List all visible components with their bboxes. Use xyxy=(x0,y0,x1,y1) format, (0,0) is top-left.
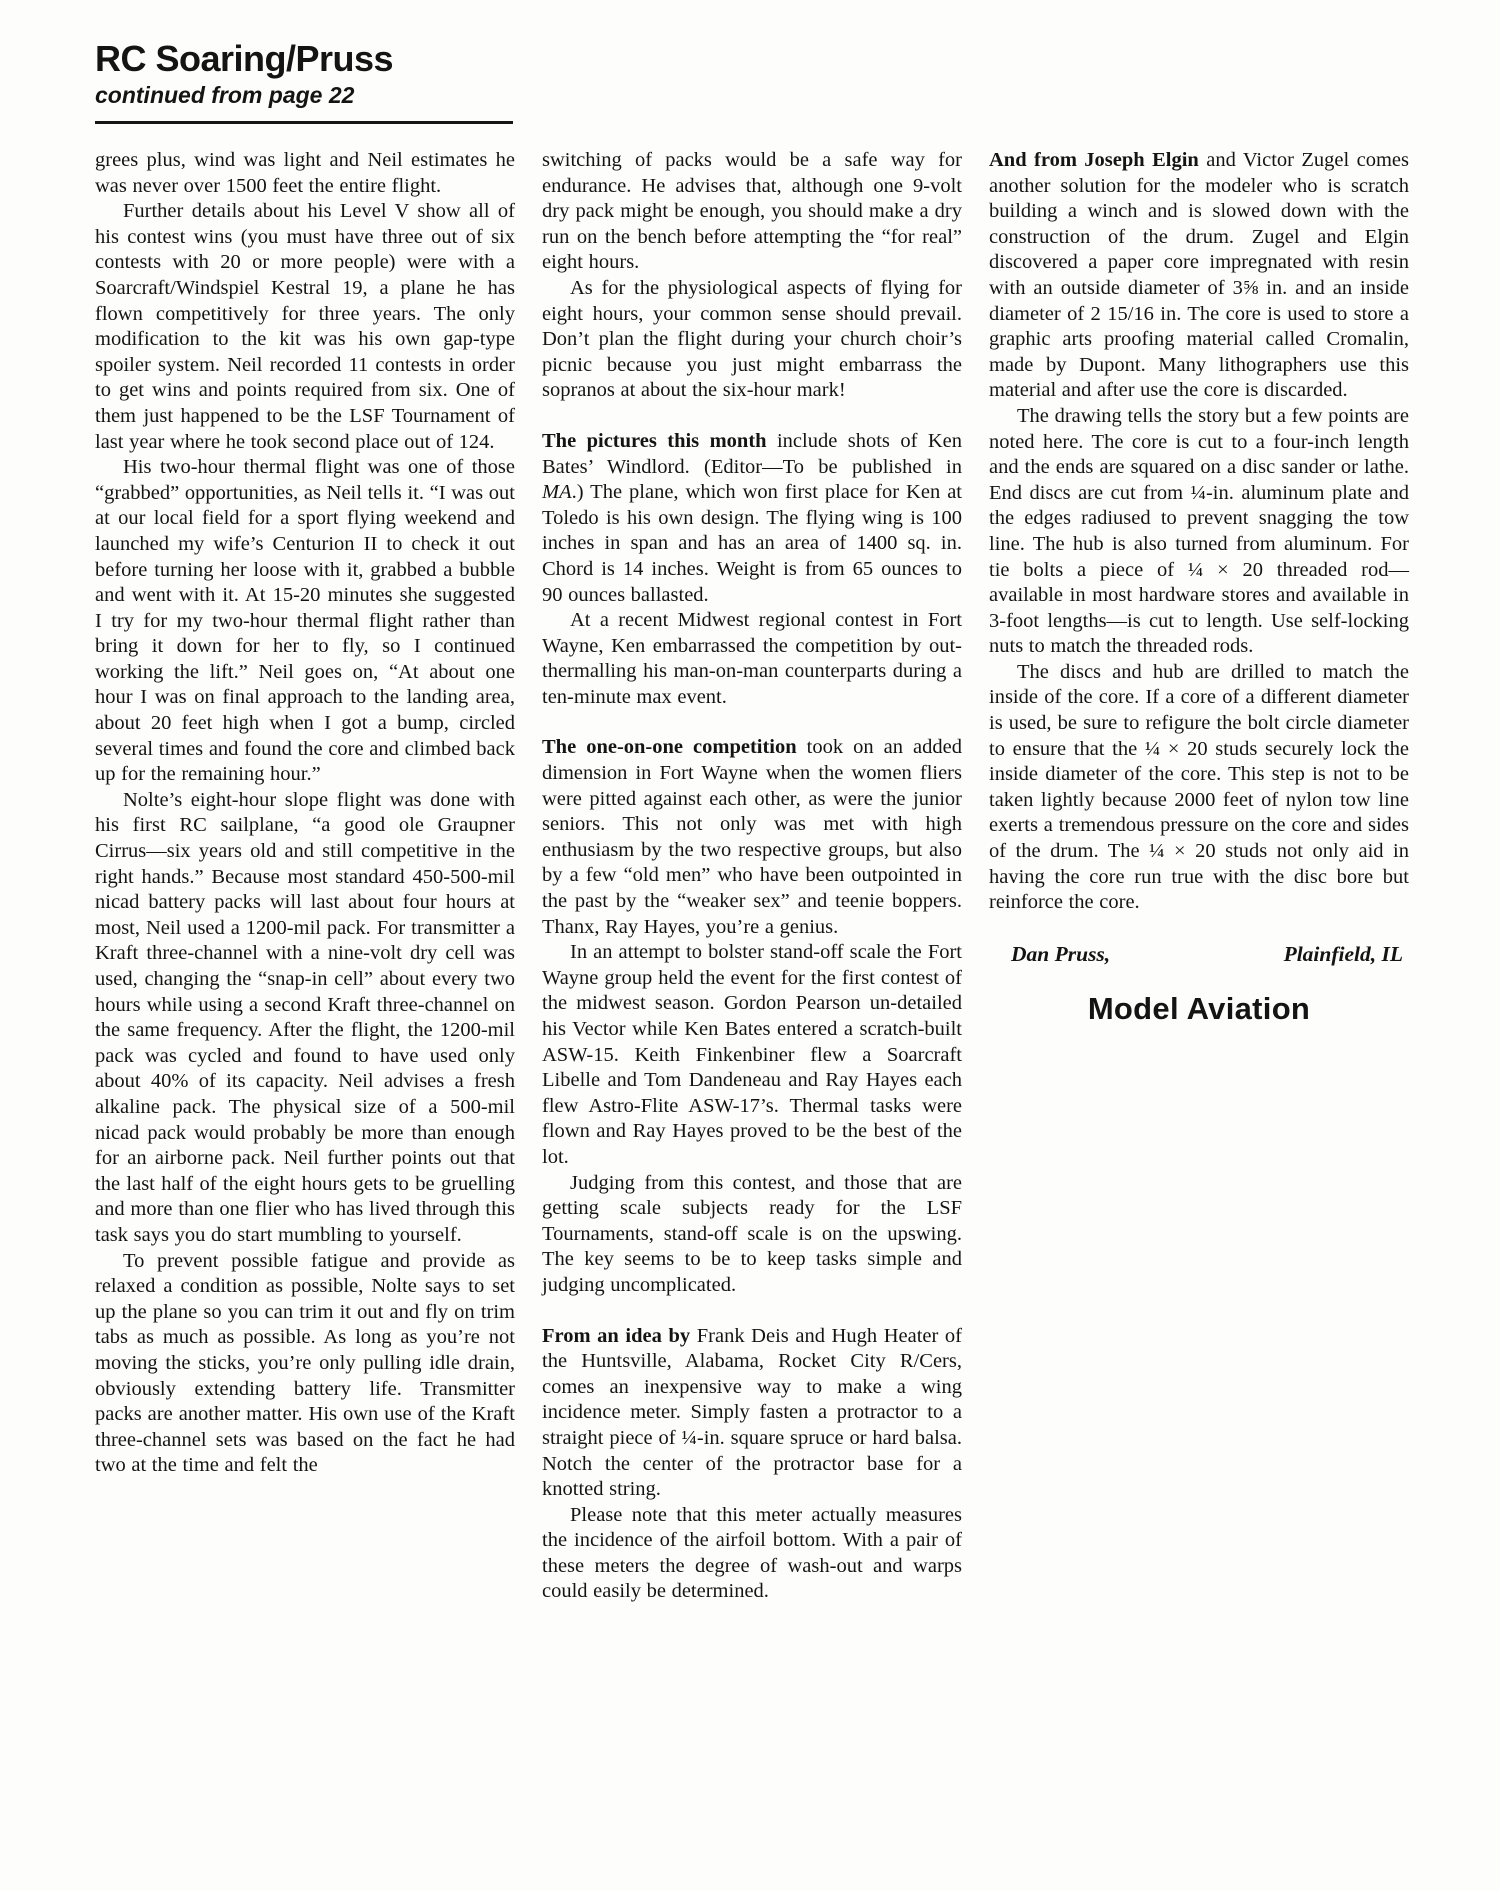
text-run: grees plus, wind was light and Neil esti… xyxy=(95,149,515,197)
text-run: switching of packs would be a safe way f… xyxy=(542,149,962,273)
text-run: The one-on-one competition xyxy=(542,736,797,758)
article-column-2: switching of packs would be a safe way f… xyxy=(542,148,962,1605)
text-run: The discs and hub are drilled to match t… xyxy=(989,661,1409,913)
continued-note: continued from page 22 xyxy=(95,82,515,109)
paragraph: From an idea by Frank Deis and Hugh Heat… xyxy=(542,1324,962,1503)
paragraph: And from Joseph Elgin and Victor Zugel c… xyxy=(989,148,1409,404)
article-column-1: grees plus, wind was light and Neil esti… xyxy=(95,148,515,1479)
paragraph: Judging from this contest, and those tha… xyxy=(542,1171,962,1299)
text-run: His two-hour thermal flight was one of t… xyxy=(95,456,515,785)
paragraph: To prevent possible fatigue and provide … xyxy=(95,1249,515,1479)
author-name: Dan Pruss, xyxy=(1011,942,1110,967)
article-header: RC Soaring/Pruss continued from page 22 xyxy=(95,40,515,124)
magazine-title: Model Aviation xyxy=(989,991,1409,1027)
column-3-paragraphs: And from Joseph Elgin and Victor Zugel c… xyxy=(989,148,1409,916)
article-body: grees plus, wind was light and Neil esti… xyxy=(95,148,1409,1605)
text-run: Frank Deis and Hugh Heater of the Huntsv… xyxy=(542,1325,962,1501)
text-run: Judging from this contest, and those tha… xyxy=(542,1172,962,1296)
text-run: To prevent possible fatigue and provide … xyxy=(95,1250,515,1477)
paragraph: His two-hour thermal flight was one of t… xyxy=(95,455,515,788)
text-run: and Victor Zugel comes another solution … xyxy=(989,149,1409,401)
paragraph: The discs and hub are drilled to match t… xyxy=(989,660,1409,916)
paragraph: Further details about his Level V show a… xyxy=(95,199,515,455)
text-run: In an attempt to bolster stand-off scale… xyxy=(542,941,962,1168)
text-run: .) The plane, which won first place for … xyxy=(542,481,962,605)
text-run: As for the physiological aspects of flyi… xyxy=(542,277,962,401)
paragraph: Please note that this meter actually mea… xyxy=(542,1503,962,1605)
text-run: MA xyxy=(542,481,572,503)
magazine-page: RC Soaring/Pruss continued from page 22 … xyxy=(0,0,1500,1891)
paragraph: grees plus, wind was light and Neil esti… xyxy=(95,148,515,199)
paragraph: At a recent Midwest regional contest in … xyxy=(542,608,962,710)
page-title: RC Soaring/Pruss xyxy=(95,40,515,78)
text-run: And from Joseph Elgin xyxy=(989,149,1199,171)
text-run: The drawing tells the story but a few po… xyxy=(989,405,1409,657)
paragraph: As for the physiological aspects of flyi… xyxy=(542,276,962,404)
text-run: The pictures this month xyxy=(542,430,767,452)
signature-line: Dan Pruss, Plainfield, IL xyxy=(989,942,1409,967)
text-run: Further details about his Level V show a… xyxy=(95,200,515,452)
text-run: Nolte’s eight-hour slope flight was done… xyxy=(95,789,515,1246)
text-run: From an idea by xyxy=(542,1325,690,1347)
paragraph: In an attempt to bolster stand-off scale… xyxy=(542,940,962,1170)
paragraph: The pictures this month include shots of… xyxy=(542,429,962,608)
text-run: Please note that this meter actually mea… xyxy=(542,1504,962,1603)
text-run: took on an added dimension in Fort Wayne… xyxy=(542,736,962,937)
header-rule xyxy=(95,121,513,124)
paragraph: The one-on-one competition took on an ad… xyxy=(542,735,962,940)
paragraph: switching of packs would be a safe way f… xyxy=(542,148,962,276)
author-location: Plainfield, IL xyxy=(1284,942,1403,967)
paragraph: The drawing tells the story but a few po… xyxy=(989,404,1409,660)
text-run: At a recent Midwest regional contest in … xyxy=(542,609,962,708)
article-column-3: And from Joseph Elgin and Victor Zugel c… xyxy=(989,148,1409,1027)
paragraph: Nolte’s eight-hour slope flight was done… xyxy=(95,788,515,1249)
